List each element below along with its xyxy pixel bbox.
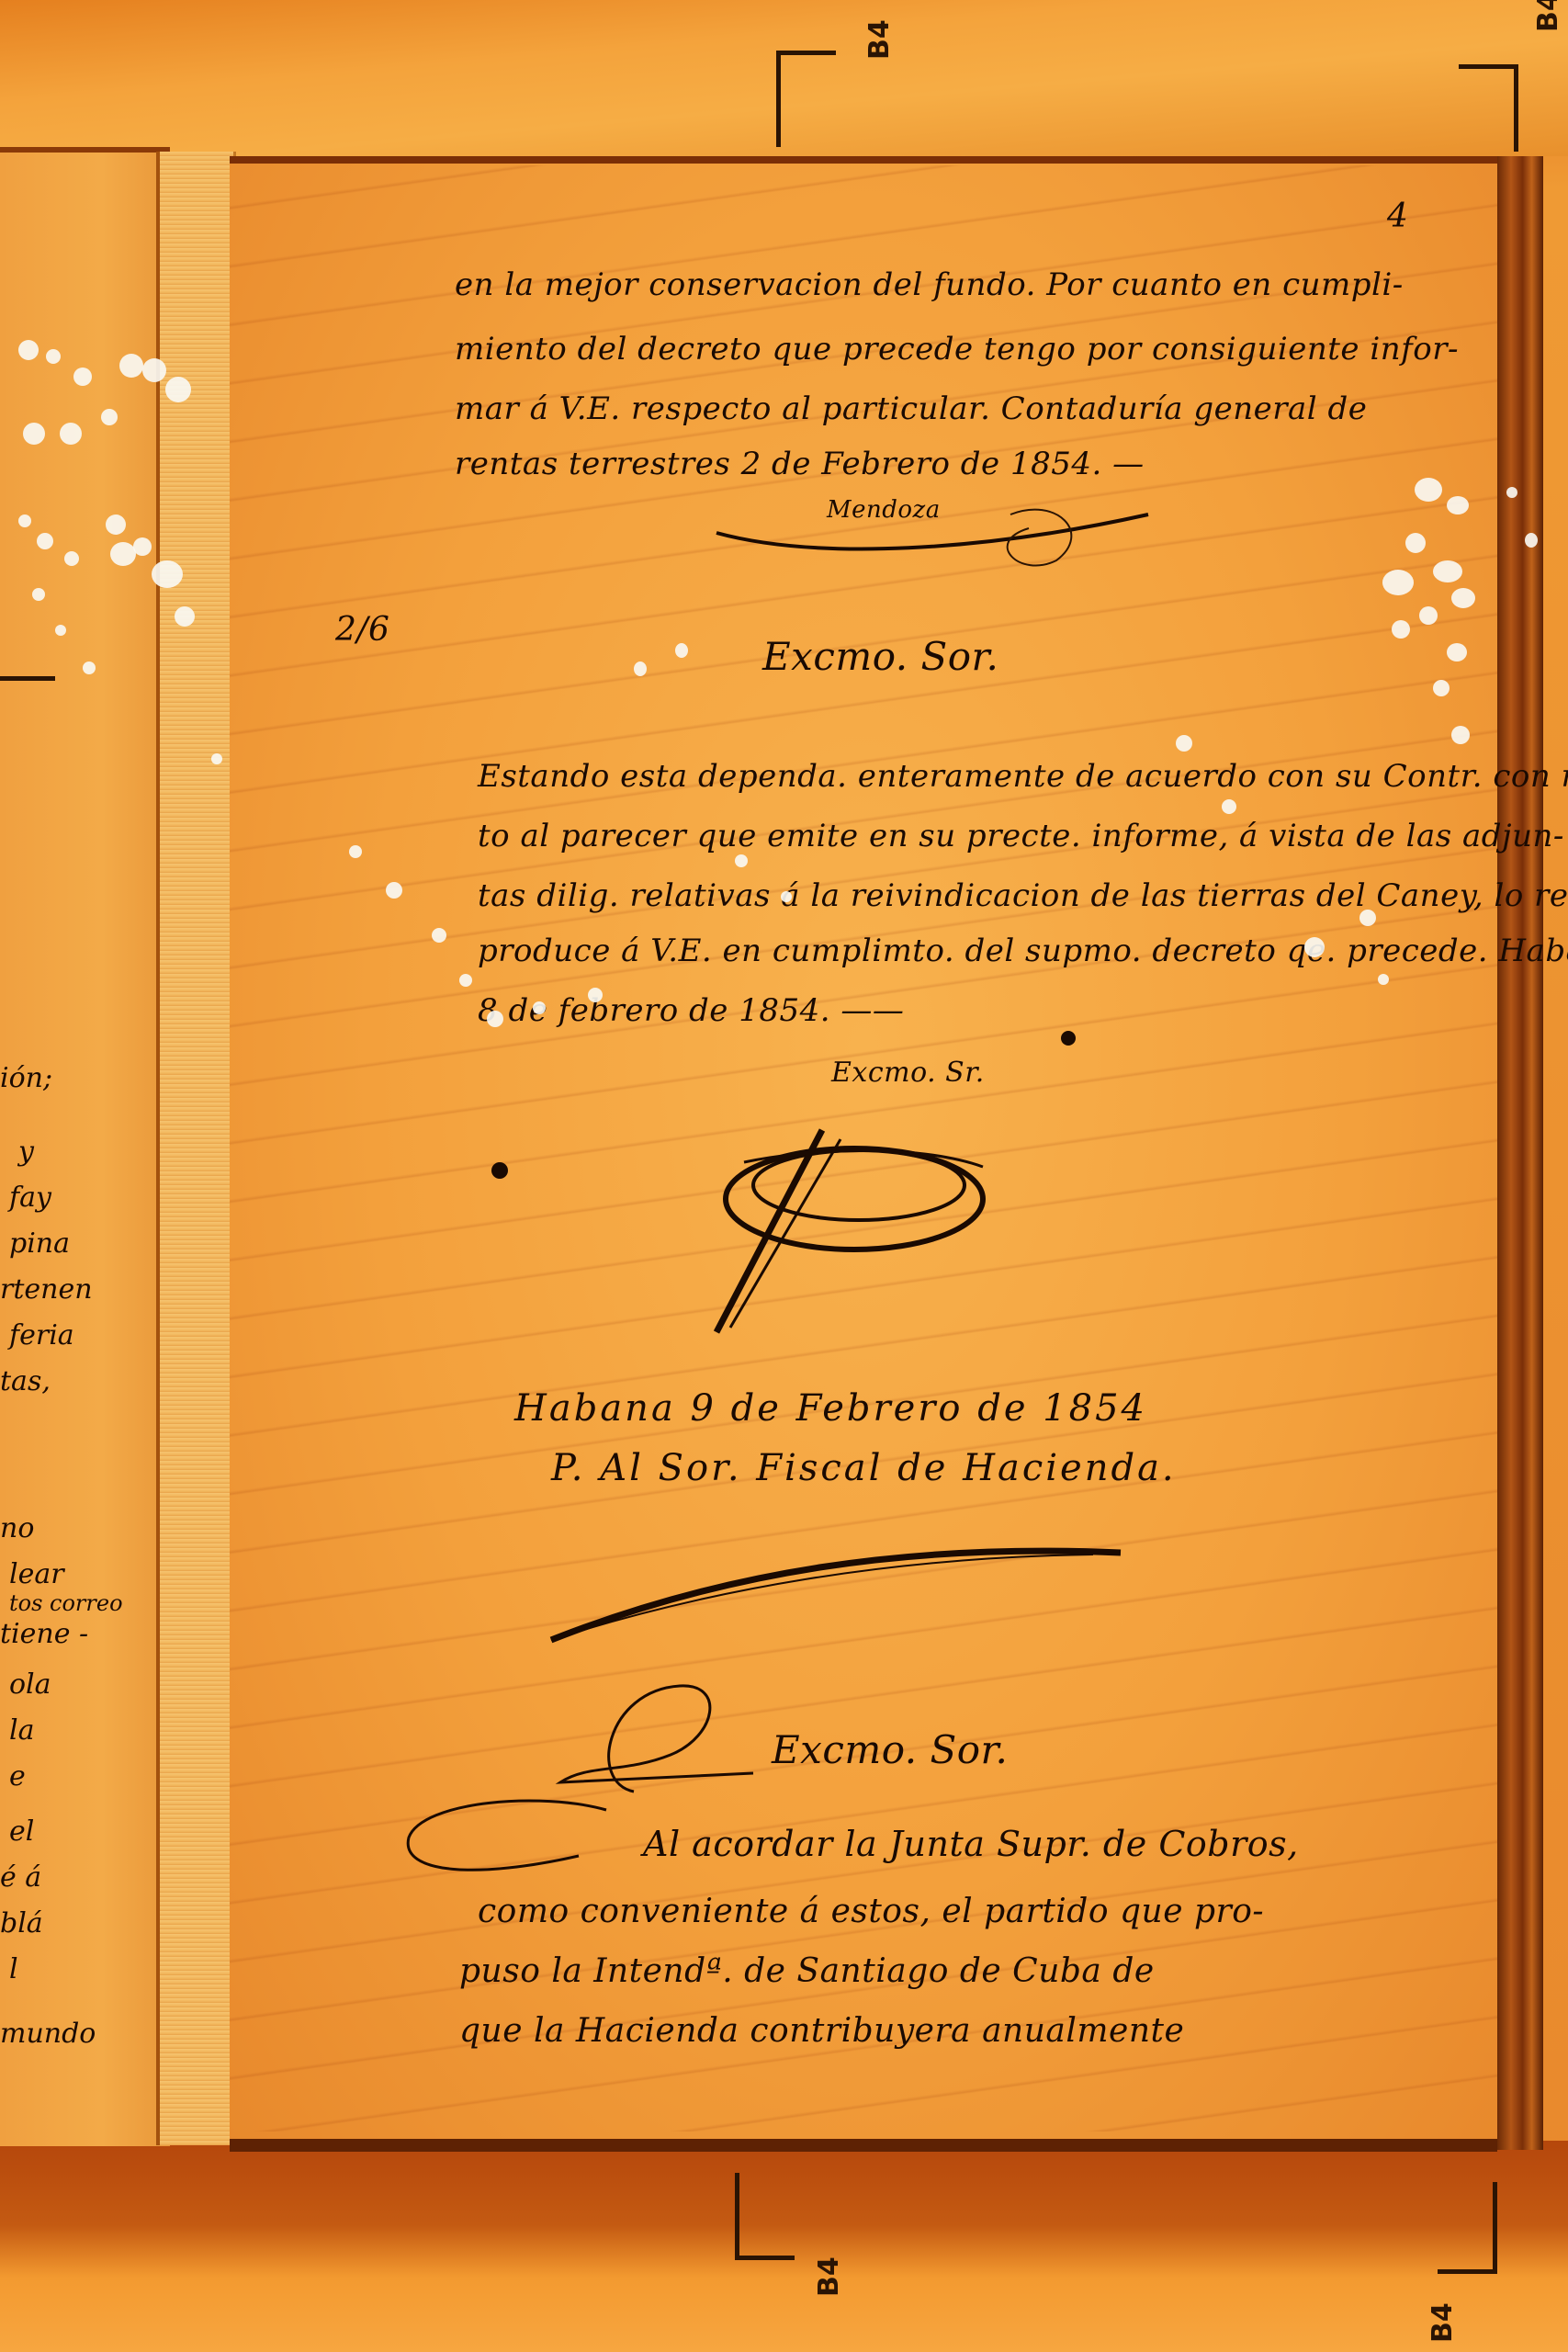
crop-label: B4 bbox=[1427, 2302, 1459, 2343]
crop-label: B4 bbox=[813, 2256, 845, 2297]
text-line: Al acordar la Junta Supr. de Cobros, bbox=[643, 1824, 1299, 1864]
left-fragment: mundo bbox=[0, 2018, 96, 2050]
signature-flourish bbox=[542, 1534, 1148, 1663]
folio-number: 4 bbox=[1387, 198, 1408, 235]
addressee-line: P. Al Sor. Fiscal de Hacienda. bbox=[551, 1447, 1177, 1489]
text-line: mar á V.E. respecto al particular. Conta… bbox=[455, 390, 1367, 427]
salutation: Excmo. Sor. bbox=[772, 1727, 1008, 1772]
crop-mark-top-right bbox=[1459, 64, 1518, 152]
left-fragment: la bbox=[9, 1714, 34, 1747]
left-fragment: rtenen bbox=[0, 1273, 93, 1306]
left-fragment: l bbox=[9, 1953, 18, 1985]
text-line: como conveniente á estos, el partido que… bbox=[478, 1893, 1264, 1930]
crop-mark-top-left bbox=[776, 51, 836, 147]
text-line: tas dilig. relativas á la reivindicacion… bbox=[478, 877, 1568, 914]
left-fragment: tas, bbox=[0, 1365, 51, 1397]
text-line: que la Hacienda contribuyera anualmente bbox=[459, 2012, 1184, 2050]
crop-label: B4 bbox=[863, 19, 896, 60]
page-edge-stack bbox=[1497, 156, 1543, 2150]
text-line: puso la Intendª. de Santiago de Cuba de bbox=[459, 1952, 1155, 1990]
left-fragment: el bbox=[9, 1815, 34, 1848]
left-fragment: ola bbox=[9, 1668, 51, 1701]
text-line: produce á V.E. en cumplimto. del supmo. … bbox=[478, 933, 1568, 969]
left-fragment: é á bbox=[0, 1861, 41, 1894]
book-spine-gutter bbox=[156, 152, 236, 2145]
date-line: Habana 9 de Febrero de 1854 bbox=[514, 1387, 1147, 1430]
crop-mark-bottom-right bbox=[1438, 2182, 1497, 2274]
marginal-note: 2/6 bbox=[335, 611, 389, 649]
left-fragment: pina bbox=[9, 1227, 70, 1260]
text-line: to al parecer que emite en su precte. in… bbox=[478, 818, 1564, 854]
crop-mark-bottom-left bbox=[735, 2173, 795, 2260]
text-line: Estando esta dependa. enteramente de acu… bbox=[478, 758, 1568, 795]
ink-stroke bbox=[0, 676, 55, 681]
left-fragment: tos correo bbox=[9, 1590, 123, 1616]
left-fragment: ión; bbox=[0, 1062, 52, 1094]
left-fragment: blá bbox=[0, 1907, 43, 1939]
left-page: ión; y fay pina rtenen feria tas, no lea… bbox=[0, 147, 170, 2146]
capital-flourish bbox=[395, 1792, 634, 1893]
salutation: Excmo. Sor. bbox=[762, 634, 998, 679]
signature-rubric-icon bbox=[661, 1112, 1047, 1351]
closing-salutation: Excmo. Sr. bbox=[831, 1057, 985, 1089]
left-fragment: feria bbox=[9, 1319, 74, 1351]
left-fragment: tiene - bbox=[0, 1618, 88, 1650]
left-fragment: e bbox=[9, 1760, 26, 1792]
left-fragment: fay bbox=[9, 1182, 51, 1214]
crop-label: B4 bbox=[1532, 0, 1564, 32]
ink-dot bbox=[491, 1162, 508, 1179]
left-fragment: no bbox=[0, 1512, 34, 1544]
left-fragment: lear bbox=[9, 1558, 64, 1590]
text-line: rentas terrestres 2 de Febrero de 1854. … bbox=[455, 446, 1145, 482]
signature-flourish bbox=[707, 478, 1167, 588]
text-line: miento del decreto que precede tengo por… bbox=[455, 331, 1459, 367]
text-line: en la mejor conservacion del fundo. Por … bbox=[455, 266, 1404, 303]
left-fragment: y bbox=[18, 1136, 34, 1168]
ink-dot bbox=[1061, 1031, 1076, 1046]
